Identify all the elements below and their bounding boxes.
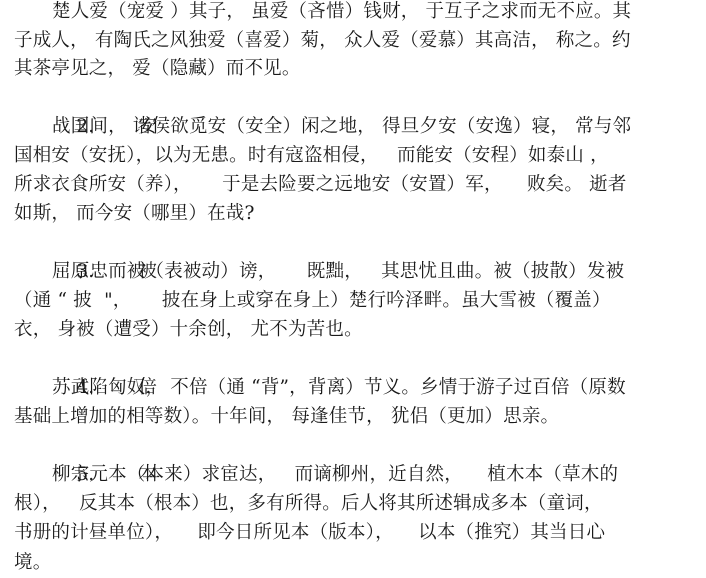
section-heading-bei2: 4.倍 bbox=[52, 344, 157, 373]
paragraph-line: 衣， 身被（遭受）十余创， 尤不为苦也。 bbox=[14, 315, 363, 344]
section-heading-bei: 3.被 bbox=[52, 228, 157, 257]
paragraph-line: 如斯， 而今安（哪里）在哉? bbox=[14, 199, 255, 228]
paragraph-line: 书册的计昼单位）， 即今日所见本（版本）， 以本（推究）其当日心 bbox=[14, 518, 605, 547]
paragraph-line: 战国间， 诸侯欲觅安（安全）闲之地， 得旦夕安（安逸）寝， 常与邻 bbox=[52, 112, 631, 141]
section-heading-an: 2.安 bbox=[52, 83, 157, 112]
paragraph-line: 楚人爱（宠爱 ）其子， 虽爱（吝惜）钱财， 于互子之求而无不应。其 bbox=[52, 0, 631, 26]
paragraph-line: 柳宗元本（本来）求宦达， 而谪柳州，近自然， 植木本（草木的 bbox=[52, 460, 618, 489]
paragraph-line: （通 “ 披 "， 披在身上或穿在身上）楚行吟泽畔。虽大雪被（覆盖） bbox=[14, 286, 611, 315]
paragraph-line: 屈原忠而被（表被动）谤， 既黜， 其思忧且曲。被（披散）发被 bbox=[52, 257, 624, 286]
section-heading-ben: 5.本 bbox=[52, 431, 157, 460]
paragraph-line: 境。 bbox=[14, 548, 51, 577]
paragraph-line: 苏武陷匈奴， 不倍（通 “背”，背离）节义。乡情于游子过百倍（原数 bbox=[52, 373, 626, 402]
paragraph-line: 国相安（安抚），以为无患。时有寇盗相侵， 而能安（安程）如泰山 ， bbox=[14, 141, 609, 170]
paragraph-line: 所求衣食所安（养）， 于是去险要之远地安（安置）军， 败矣。 逝者 bbox=[14, 170, 627, 199]
paragraph-line: 子成人， 有陶氏之风独爱（喜爱）菊， 众人爱（爱慕）其高洁， 称之。约 bbox=[14, 26, 631, 55]
paragraph-line: 根）， 反其本（根本）也，多有所得。后人将其所述辑成多本（童词， bbox=[14, 489, 603, 518]
document-page: 楚人爱（宠爱 ）其子， 虽爱（吝惜）钱财， 于互子之求而无不应。其 子成人， 有… bbox=[0, 0, 706, 578]
paragraph-line: 其茶亭见之， 爱（隐藏）而不见。 bbox=[14, 54, 301, 83]
paragraph-line: 基础上增加的相等数）。十年间， 每逢佳节， 犹侣（更加）思亲。 bbox=[14, 402, 559, 431]
